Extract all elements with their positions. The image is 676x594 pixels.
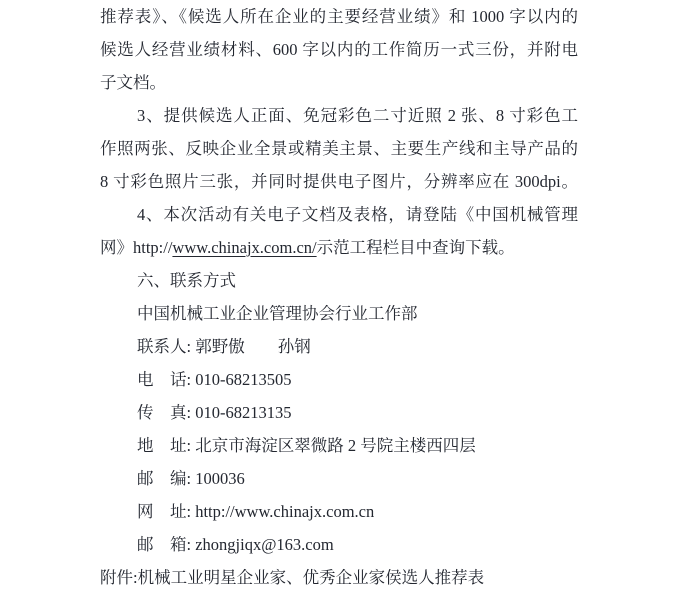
text-run: 地 址: 北京市海淀区翠微路 2 号院主楼西四层 [137, 436, 476, 455]
text-run: 网》http:// [100, 238, 172, 257]
line-contact-org: 中国机械工业企业管理协会行业工作部 [100, 297, 578, 330]
line-contact-address: 地 址: 北京市海淀区翠微路 2 号院主楼西四层 [100, 429, 578, 462]
text-run: 子文档。 [100, 73, 166, 92]
text-run: 传 真: 010-68213135 [137, 403, 291, 422]
text-run: 示范工程栏目中查询下载。 [317, 238, 515, 257]
hyperlink-url[interactable]: www.chinajx.com.cn/ [172, 238, 316, 257]
line-item3-2: 作照两张、反映企业全景或精美主景、主要生产线和主导产品的 [100, 132, 578, 165]
line-contact-zip: 邮 编: 100036 [100, 462, 578, 495]
line-contact-fax: 传 真: 010-68213135 [100, 396, 578, 429]
text-run: 附件:机械工业明星企业家、优秀企业家侯选人推荐表 [100, 568, 484, 587]
text-run: 推荐表》、《候选人所在企业的主要经营业绩》和 1000 字以内的 [100, 7, 578, 26]
line-item4-1: 4、本次活动有关电子文档及表格，请登陆《中国机械管理 [100, 198, 578, 231]
line-requirement2-cont-2: 候选人经营业绩材料、600 字以内的工作简历一式三份，并附电 [100, 33, 578, 66]
text-run: 网 址: http://www.chinajx.com.cn [137, 502, 374, 521]
text-run: 联系人: 郭野傲 孙钢 [137, 337, 311, 356]
line-section6-heading: 六、联系方式 [100, 264, 578, 297]
document-page: 推荐表》、《候选人所在企业的主要经营业绩》和 1000 字以内的候选人经营业绩材… [0, 0, 676, 594]
text-run: 候选人经营业绩材料、600 字以内的工作简历一式三份，并附电 [100, 40, 578, 59]
line-attachment: 附件:机械工业明星企业家、优秀企业家侯选人推荐表 [100, 561, 578, 594]
line-contact-email: 邮 箱: zhongjiqx@163.com [100, 528, 578, 561]
text-run: 电 话: 010-68213505 [137, 370, 291, 389]
line-item3-1: 3、提供候选人正面、免冠彩色二寸近照 2 张、8 寸彩色工 [100, 99, 578, 132]
line-item4-2: 网》http://www.chinajx.com.cn/示范工程栏目中查询下载。 [100, 231, 578, 264]
text-run: 中国机械工业企业管理协会行业工作部 [137, 304, 418, 323]
line-requirement2-cont-1: 推荐表》、《候选人所在企业的主要经营业绩》和 1000 字以内的 [100, 0, 578, 33]
text-run: 3、提供候选人正面、免冠彩色二寸近照 2 张、8 寸彩色工 [137, 106, 578, 125]
text-run: 8 寸彩色照片三张，并同时提供电子图片，分辨率应在 300dpi。 [100, 172, 578, 191]
text-run: 4、本次活动有关电子文档及表格，请登陆《中国机械管理 [137, 205, 578, 224]
line-contact-website: 网 址: http://www.chinajx.com.cn [100, 495, 578, 528]
text-run: 邮 编: 100036 [137, 469, 245, 488]
line-contact-person: 联系人: 郭野傲 孙钢 [100, 330, 578, 363]
document-body: 推荐表》、《候选人所在企业的主要经营业绩》和 1000 字以内的候选人经营业绩材… [100, 0, 578, 594]
text-run: 作照两张、反映企业全景或精美主景、主要生产线和主导产品的 [100, 139, 578, 158]
text-run: 邮 箱: zhongjiqx@163.com [137, 535, 334, 554]
text-run: 六、联系方式 [137, 271, 236, 290]
line-item3-3: 8 寸彩色照片三张，并同时提供电子图片，分辨率应在 300dpi。 [100, 165, 578, 198]
line-contact-phone: 电 话: 010-68213505 [100, 363, 578, 396]
line-requirement2-cont-3: 子文档。 [100, 66, 578, 99]
